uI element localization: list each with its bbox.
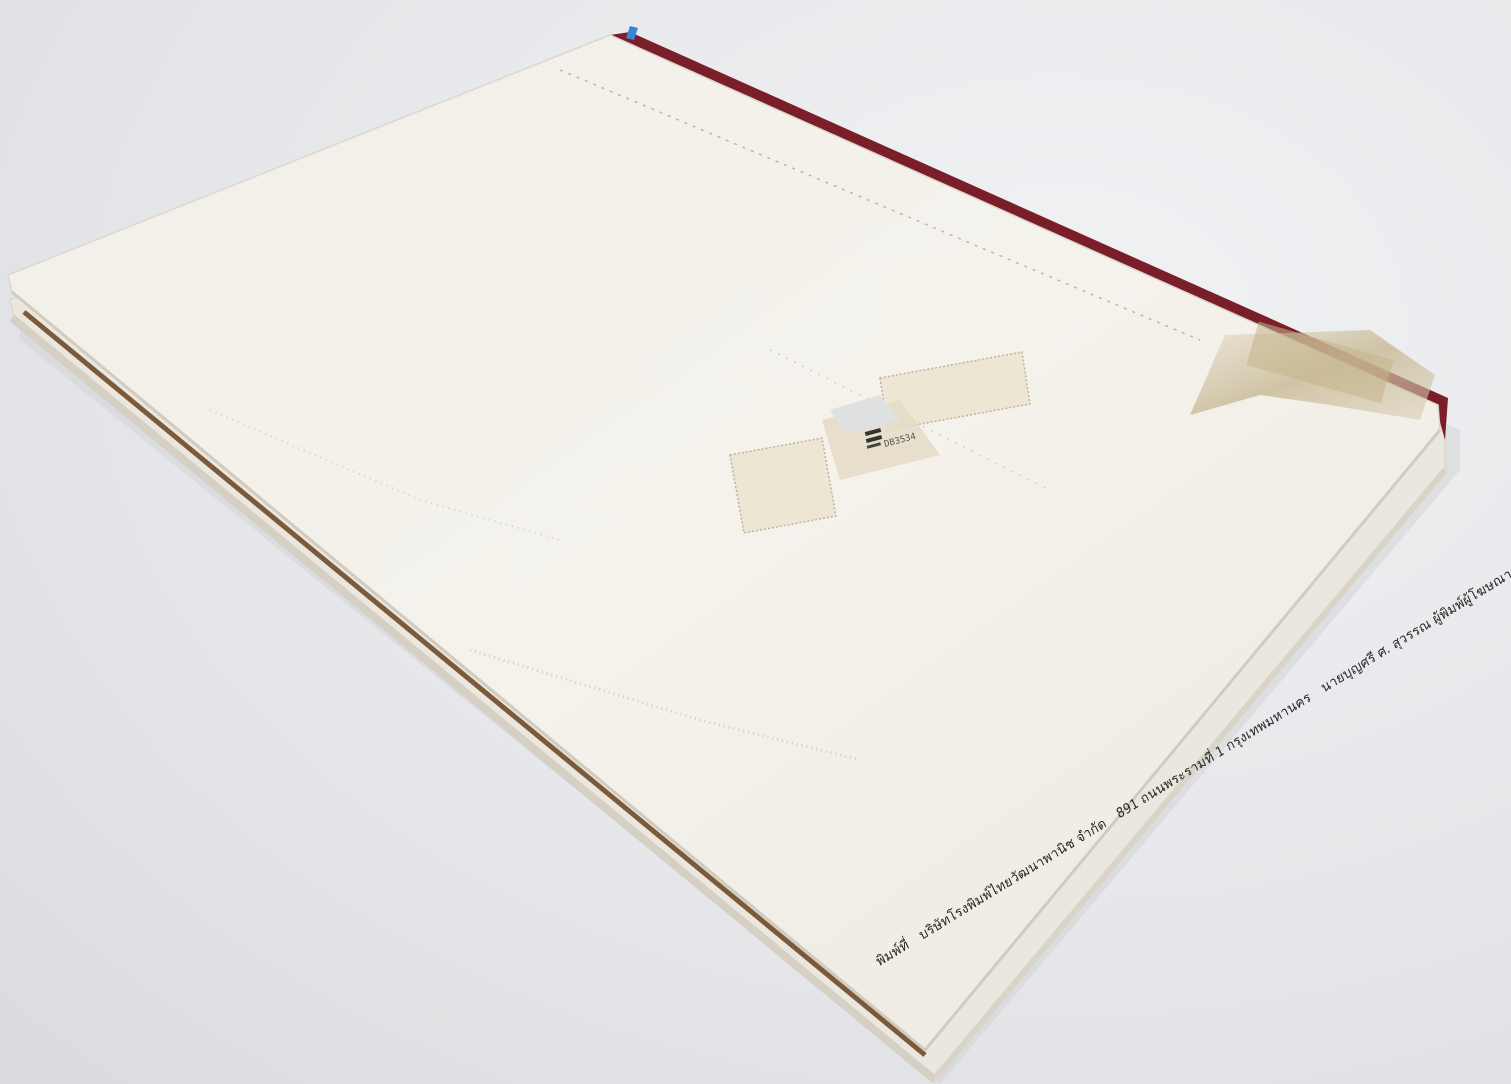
book-photo: DB3534 พิมพ์ที่บริษัทโรงพิมพ์ไทยวัฒนาพาน… — [0, 0, 1511, 1084]
book-illustration: DB3534 — [0, 0, 1511, 1084]
